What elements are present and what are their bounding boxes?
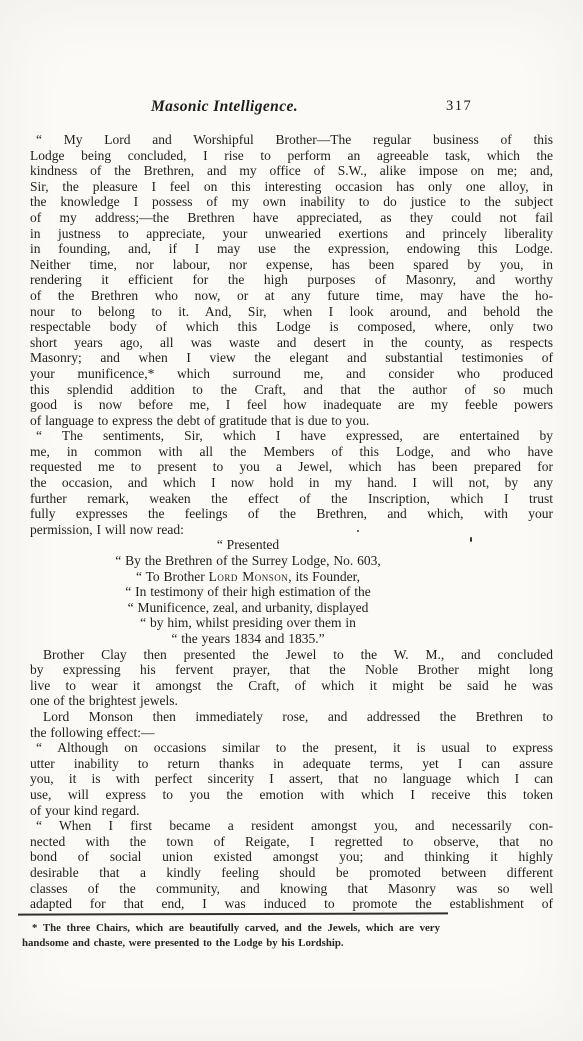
text-line: the following effect:— <box>30 725 553 741</box>
text-line: of the Brethren who now, or at any futur… <box>30 288 553 304</box>
text-line: “ To Brother Lord Monson, its Founder, <box>30 569 466 585</box>
text-line: * The three Chairs, which are beautifull… <box>22 921 440 936</box>
text-segment: , its Founder, <box>288 569 360 584</box>
page-header: Masonic Intelligence. 317 <box>30 98 553 118</box>
paragraph: “ The sentiments, Sir, which I have expr… <box>30 428 553 537</box>
text-line: “ the years 1834 and 1835.” <box>30 631 466 647</box>
text-line: good is now before me, I feel how inadeq… <box>30 397 553 413</box>
paragraph: “ When I first became a resident amongst… <box>30 818 553 912</box>
inscription-block: “ Presented“ By the Brethren of the Surr… <box>30 537 466 646</box>
text-segment: “ To Brother <box>136 569 209 584</box>
text-line: kindness of the Brethren, and my office … <box>30 163 553 179</box>
text-line: of my address;—the Brethren have appreci… <box>30 210 553 226</box>
text-line: in justness to appreciate, your unwearie… <box>30 226 553 242</box>
paragraph: Lord Monson then immediately rose, and a… <box>30 709 553 740</box>
footnote-divider <box>18 912 448 915</box>
text-line: adapted for that end, I was induced to p… <box>30 896 553 912</box>
text-line: “ by him, whilst presiding over them in <box>30 615 466 631</box>
body-text: “ My Lord and Worshipful Brother—The reg… <box>30 132 553 912</box>
running-title: Masonic Intelligence. <box>151 98 298 116</box>
text-line: “ Although on occasions similar to the p… <box>30 740 553 756</box>
text-line: short years ago, all was waste and deser… <box>30 335 553 351</box>
text-line: Sir, the pleasure I feel on this interes… <box>30 179 553 195</box>
text-line: the occasion, and which I now hold in my… <box>30 475 553 491</box>
text-line: use, will express to you the emotion wit… <box>30 787 553 803</box>
text-line: one of the brightest jewels. <box>30 693 553 709</box>
text-line: “ In testimony of their high estimation … <box>30 584 466 600</box>
scanned-book-page: Masonic Intelligence. 317 “ My Lord and … <box>0 0 583 1041</box>
text-line: this splendid addition to the Craft, and… <box>30 382 553 398</box>
text-line: “ Munificence, zeal, and urbanity, displ… <box>30 600 466 616</box>
text-line: Lodge being concluded, I rise to perform… <box>30 148 553 164</box>
text-line: of language to express the debt of grati… <box>30 413 553 429</box>
text-line: handsome and chaste, were presented to t… <box>22 936 440 951</box>
text-line: fully expresses the feelings of the Bret… <box>30 506 553 522</box>
text-line: Neither time, nor labour, nor expense, h… <box>30 257 553 273</box>
text-line: Lord Monson then immediately rose, and a… <box>30 709 553 725</box>
text-line: your munificence,* which surround me, an… <box>30 366 553 382</box>
text-line: requested me to present to you a Jewel, … <box>30 459 553 475</box>
text-line: live to wear it amongst the Craft, of wh… <box>30 678 553 694</box>
text-line: classes of the community, and knowing th… <box>30 881 553 897</box>
text-line: nour to belong to it. And, Sir, when I l… <box>30 304 553 320</box>
text-line: me, in common with all the Members of th… <box>30 444 553 460</box>
scan-speck <box>357 530 359 532</box>
page-number: 317 <box>446 98 472 115</box>
text-line: bond of social union existed amongst you… <box>30 849 553 865</box>
text-line: in founding, and, if I may use the expre… <box>30 241 553 257</box>
text-line: Brother Clay then presented the Jewel to… <box>30 647 553 663</box>
text-line: you, it is with perfect sincerity I asse… <box>30 771 553 787</box>
text-line: permission, I will now read: <box>30 522 553 538</box>
text-line: Masonry; and when I view the elegant and… <box>30 350 553 366</box>
paragraph: “ Although on occasions similar to the p… <box>30 740 553 818</box>
text-line: desirable that a kindly feeling should b… <box>30 865 553 881</box>
text-line: by expressing his fervent prayer, that t… <box>30 662 553 678</box>
footnote: * The three Chairs, which are beautifull… <box>22 921 440 951</box>
text-line: “ My Lord and Worshipful Brother—The reg… <box>30 132 553 148</box>
text-line: the knowledge I possess of my own inabil… <box>30 194 553 210</box>
text-line: of your kind regard. <box>30 803 553 819</box>
text-line: further remark, weaken the effect of the… <box>30 491 553 507</box>
text-line: “ Presented <box>30 537 466 553</box>
text-line: nected with the town of Reigate, I regre… <box>30 834 553 850</box>
text-line: rendering it efficient for the high purp… <box>30 272 553 288</box>
paragraph: Brother Clay then presented the Jewel to… <box>30 647 553 709</box>
text-line: “ When I first became a resident amongst… <box>30 818 553 834</box>
text-line: “ By the Brethren of the Surrey Lodge, N… <box>30 553 466 569</box>
small-caps-name: Lord Monson <box>209 569 289 584</box>
text-line: respectable body of which this Lodge is … <box>30 319 553 335</box>
text-line: utter inability to return thanks in adeq… <box>30 756 553 772</box>
text-line: “ The sentiments, Sir, which I have expr… <box>30 428 553 444</box>
paragraph: “ My Lord and Worshipful Brother—The reg… <box>30 132 553 428</box>
scan-speck <box>470 537 472 542</box>
